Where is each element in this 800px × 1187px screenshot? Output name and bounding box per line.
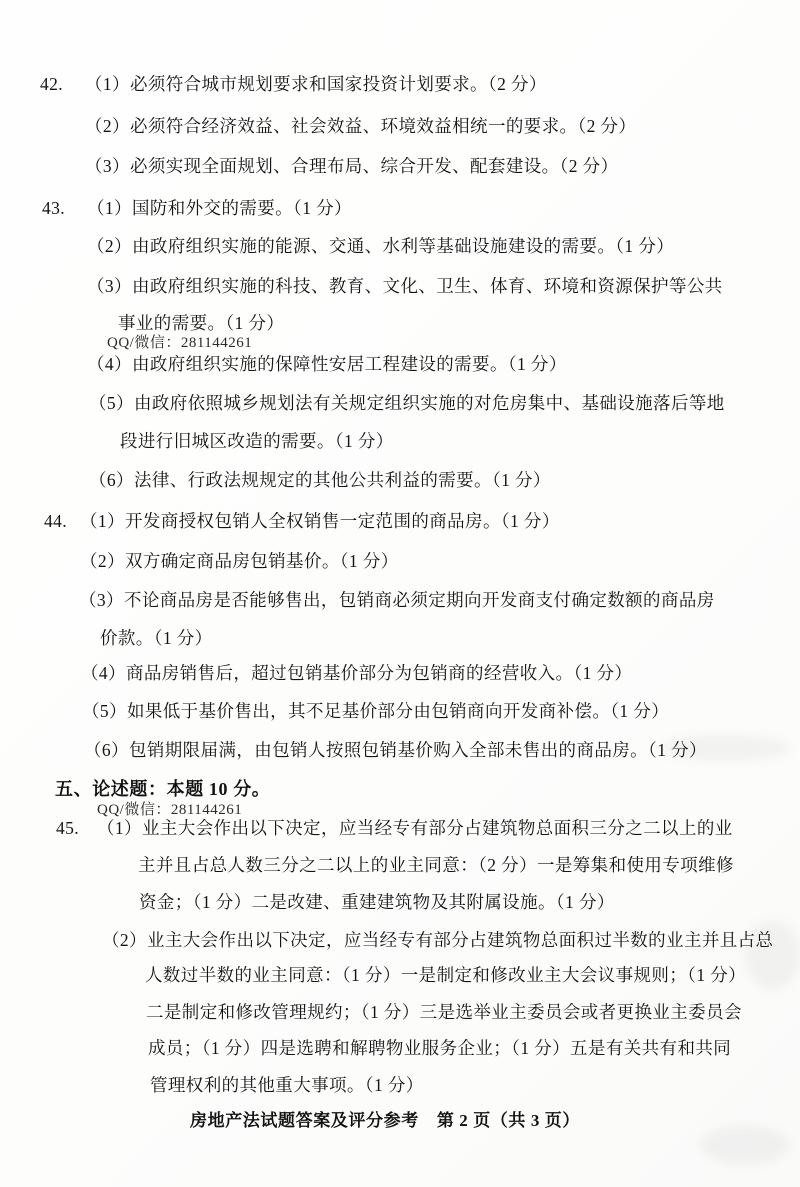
answer-line: 价款。（1 分）: [100, 626, 213, 650]
scan-artifact: [660, 735, 790, 761]
answer-text: （1）业主大会作出以下决定，应当经专有部分占建筑物总面积三分之二以上的业: [97, 818, 733, 838]
answer-line: （5）如果低于基价售出，其不足基价部分由包销商向开发商补偿。（1 分）: [82, 699, 669, 723]
answer-text: （6）包销期限届满，由包销人按照包销基价购入全部未售出的商品房。（1 分）: [84, 740, 707, 760]
scan-artifact: [745, 920, 800, 990]
answer-text: （2）由政府组织实施的能源、交通、水利等基础设施建设的需要。（1 分）: [87, 236, 674, 256]
footer-page-indicator: 第 2 页（共 3 页）: [437, 1111, 580, 1130]
answer-line: 43.（1）国防和外交的需要。（1 分）: [42, 196, 352, 220]
answer-line: （5）由政府依照城乡规划法有关规定组织实施的对危房集中、基础设施落后等地: [89, 391, 725, 415]
answer-text: （6）法律、行政法规规定的其他公共利益的需要。（1 分）: [89, 470, 551, 490]
document-page: 42.（1）必须符合城市规划要求和国家投资计划要求。（2 分） （2）必须符合经…: [0, 0, 800, 1187]
answer-text: 二是制定和修改管理规约；（1 分）三是选举业主委员会或者更换业主委员会: [146, 1002, 742, 1022]
answer-line: 成员；（1 分）四是选聘和解聘物业服务企业；（1 分）五是有关共有和共同: [148, 1036, 731, 1060]
answer-text: （5）如果低于基价售出，其不足基价部分由包销商向开发商补偿。（1 分）: [82, 701, 669, 721]
watermark-contact: QQ/微信：281144261: [107, 331, 252, 352]
answer-text: 成员；（1 分）四是选聘和解聘物业服务企业；（1 分）五是有关共有和共同: [148, 1038, 731, 1058]
answer-text: 人数过半数的业主同意：（1 分）一是制定和修改业主大会议事规则；（1 分）: [145, 965, 746, 985]
answer-line: （2）由政府组织实施的能源、交通、水利等基础设施建设的需要。（1 分）: [87, 234, 674, 258]
footer-doc-title: 房地产法试题答案及评分参考: [190, 1111, 419, 1130]
question-number: 42.: [40, 72, 85, 96]
scan-artifact: [700, 1125, 790, 1165]
answer-line: 段进行旧城区改造的需要。（1 分）: [120, 429, 394, 453]
answer-text: 管理权利的其他重大事项。（1 分）: [150, 1075, 424, 1095]
answer-line: 资金；（1 分）二是改建、重建建筑物及其附属设施。（1 分）: [139, 890, 615, 914]
answer-line: （2）必须符合经济效益、社会效益、环境效益相统一的要求。（2 分）: [85, 114, 636, 138]
answer-text: 段进行旧城区改造的需要。（1 分）: [120, 431, 394, 451]
answer-line: 管理权利的其他重大事项。（1 分）: [150, 1073, 424, 1097]
answer-line: 人数过半数的业主同意：（1 分）一是制定和修改业主大会议事规则；（1 分）: [145, 963, 746, 987]
question-number: 44.: [44, 509, 80, 533]
answer-line: （2）双方确定商品房包销基价。（1 分）: [80, 549, 399, 573]
answer-line: 42.（1）必须符合城市规划要求和国家投资计划要求。（2 分）: [40, 72, 547, 96]
answer-text: （4）由政府组织实施的保障性安居工程建设的需要。（1 分）: [87, 354, 567, 374]
answer-text: （2）必须符合经济效益、社会效益、环境效益相统一的要求。（2 分）: [85, 116, 636, 136]
question-number: 45.: [56, 816, 97, 840]
answer-line: （2）业主大会作出以下决定，应当经专有部分占建筑物总面积过半数的业主并且占总: [102, 928, 773, 952]
answer-line: （3）必须实现全面规划、合理布局、综合开发、配套建设。（2 分）: [85, 154, 618, 178]
answer-line: 主并且占总人数三分之二以上的业主同意：（2 分）一是筹集和使用专项维修: [138, 853, 734, 877]
answer-text: 主并且占总人数三分之二以上的业主同意：（2 分）一是筹集和使用专项维修: [138, 855, 734, 875]
page-footer: 房地产法试题答案及评分参考第 2 页（共 3 页）: [190, 1106, 580, 1131]
answer-line: （3）不论商品房是否能够售出，包销商必须定期向开发商支付确定数额的商品房: [79, 588, 715, 612]
answer-text: 事业的需要。（1 分）: [118, 313, 284, 333]
answer-text: （2）业主大会作出以下决定，应当经专有部分占建筑物总面积过半数的业主并且占总: [102, 930, 773, 950]
answer-text: （4）商品房销售后，超过包销基价部分为包销商的经营收入。（1 分）: [81, 663, 632, 683]
answer-text: （1）开发商授权包销人全权销售一定范围的商品房。（1 分）: [80, 511, 560, 531]
question-number: 43.: [42, 196, 87, 220]
answer-text: （3）由政府组织实施的科技、教育、文化、卫生、体育、环境和资源保护等公共: [87, 276, 723, 296]
answer-text: 资金；（1 分）二是改建、重建建筑物及其附属设施。（1 分）: [139, 892, 615, 912]
answer-text: （2）双方确定商品房包销基价。（1 分）: [80, 551, 399, 571]
answer-line: 二是制定和修改管理规约；（1 分）三是选举业主委员会或者更换业主委员会: [146, 1000, 742, 1024]
answer-text: （1）必须符合城市规划要求和国家投资计划要求。（2 分）: [85, 74, 547, 94]
answer-text: （3）必须实现全面规划、合理布局、综合开发、配套建设。（2 分）: [85, 156, 618, 176]
answer-text: 价款。（1 分）: [100, 628, 213, 648]
answer-text: （1）国防和外交的需要。（1 分）: [87, 198, 352, 218]
answer-line: （4）商品房销售后，超过包销基价部分为包销商的经营收入。（1 分）: [81, 661, 632, 685]
answer-line: 44.（1）开发商授权包销人全权销售一定范围的商品房。（1 分）: [44, 509, 560, 533]
answer-text: （3）不论商品房是否能够售出，包销商必须定期向开发商支付确定数额的商品房: [79, 590, 715, 610]
answer-line: （6）法律、行政法规规定的其他公共利益的需要。（1 分）: [89, 468, 551, 492]
answer-line: （3）由政府组织实施的科技、教育、文化、卫生、体育、环境和资源保护等公共: [87, 274, 723, 298]
answer-line: （4）由政府组织实施的保障性安居工程建设的需要。（1 分）: [87, 352, 567, 376]
answer-line: （6）包销期限届满，由包销人按照包销基价购入全部未售出的商品房。（1 分）: [84, 738, 707, 762]
answer-text: （5）由政府依照城乡规划法有关规定组织实施的对危房集中、基础设施落后等地: [89, 393, 725, 413]
answer-line: 45.（1）业主大会作出以下决定，应当经专有部分占建筑物总面积三分之二以上的业: [56, 816, 733, 840]
